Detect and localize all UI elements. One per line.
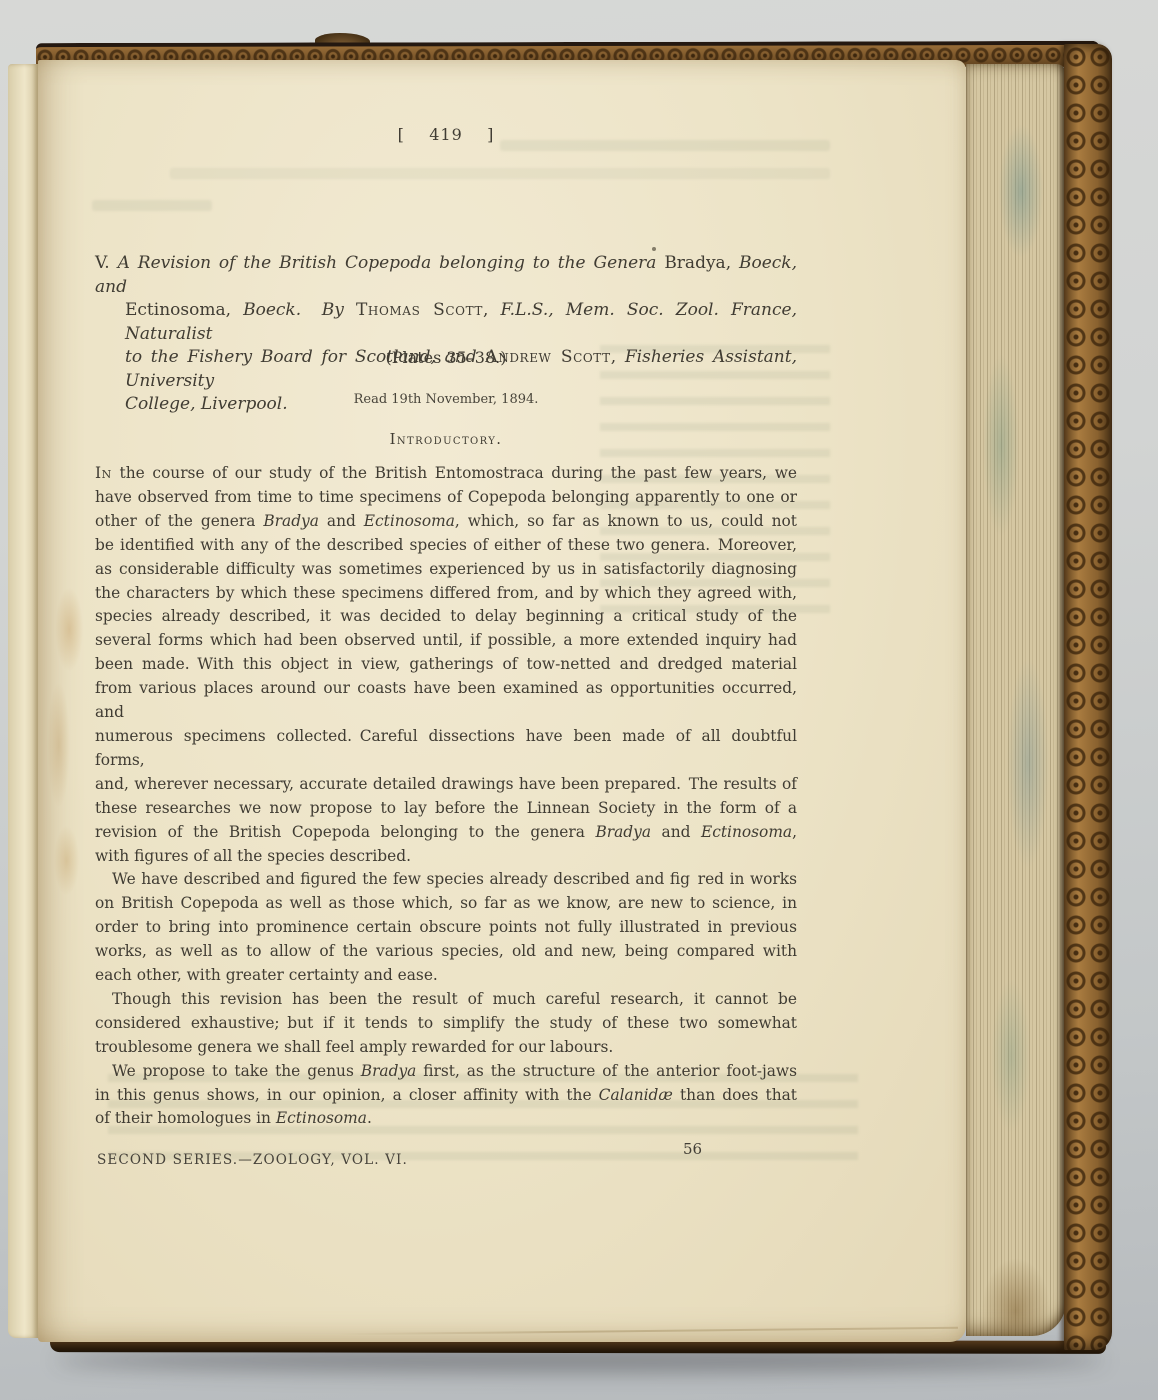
fore-edge-page-stack	[966, 64, 1066, 1336]
body-text: in this genus shows, in our opinion, a c…	[95, 1086, 599, 1104]
body-text: and	[319, 512, 364, 530]
paragraph: We propose to take the genus Bradya firs…	[95, 1060, 797, 1132]
body-text: We propose to take the genus	[112, 1062, 361, 1080]
body-text: ,	[792, 823, 797, 841]
body-text: troublesome genera we shall feel amply r…	[95, 1038, 613, 1056]
body-text: as considerable difficulty was sometimes…	[95, 560, 797, 578]
body-text: numerous specimens collected. Careful di…	[95, 727, 797, 769]
body-text: the characters by which these specimens …	[95, 584, 797, 602]
body-text: , which, so far as known to us, could no…	[455, 512, 797, 530]
body-text: with figures of all the species describe…	[95, 847, 411, 865]
italic-text: A Revision of the British Copepoda belon…	[118, 253, 665, 273]
text-line: considered exhaustive; but if it tends t…	[95, 1012, 797, 1036]
text-line: on British Copepoda as well as those whi…	[95, 892, 797, 916]
body-text: have observed from time to time specimen…	[95, 488, 797, 506]
italic-text: Ectinosoma	[364, 512, 455, 530]
body-text: first, as the structure of the anterior …	[416, 1062, 797, 1080]
body-text: We have described and figured the few sp…	[112, 870, 797, 888]
text-line: other of the genera Bradya and Ectinosom…	[95, 510, 797, 534]
body-text: order to bring into prominence certain o…	[95, 918, 797, 936]
photo-of-open-book: [ 419 ] V. A Revision of the British Cop…	[0, 0, 1158, 1400]
footer-series-label: SECOND SERIES.—ZOOLOGY, VOL. VI.	[97, 1152, 408, 1168]
body-text: ,	[483, 300, 501, 320]
printed-text-column: [ 419 ] V. A Revision of the British Cop…	[95, 60, 797, 1342]
text-line: order to bring into prominence certain o…	[95, 916, 797, 940]
article-body: In the course of our study of the Britis…	[95, 462, 797, 1131]
text-line: in this genus shows, in our opinion, a c…	[95, 1084, 797, 1108]
text-line: species already described, it was decide…	[95, 605, 797, 629]
text-line: as considerable difficulty was sometimes…	[95, 558, 797, 582]
paragraph: Though this revision has been the result…	[95, 988, 797, 1060]
text-line: the characters by which these specimens …	[95, 582, 797, 606]
body-text: been made. With this object in view, gat…	[95, 655, 797, 673]
previous-page-edge	[8, 64, 42, 1338]
text-line: numerous specimens collected. Careful di…	[95, 725, 797, 773]
body-text: several forms which had been observed un…	[95, 631, 797, 649]
body-text: works, as well as to allow of the variou…	[95, 942, 797, 960]
text-line: Though this revision has been the result…	[95, 988, 797, 1012]
body-text: from various places around our coasts ha…	[95, 679, 797, 721]
body-text: of their homologues in	[95, 1109, 276, 1127]
decorated-cover-edge	[1064, 44, 1112, 1350]
plates-note: (Plates 35–38.)	[95, 348, 797, 367]
title-line: V. A Revision of the British Copepoda be…	[95, 252, 797, 299]
body-text: other of the genera	[95, 512, 263, 530]
body-text: on British Copepoda as well as those whi…	[95, 894, 797, 912]
body-text: each other, with greater certainty and e…	[95, 966, 438, 984]
book-page: [ 419 ] V. A Revision of the British Cop…	[38, 60, 966, 1342]
text-line: and, wherever necessary, accurate detail…	[95, 773, 797, 797]
text-line: be identified with any of the described …	[95, 534, 797, 558]
text-line: works, as well as to allow of the variou…	[95, 940, 797, 964]
body-text: be identified with any of the described …	[95, 536, 797, 554]
body-text: Though this revision has been the result…	[112, 990, 797, 1008]
body-text: considered exhaustive; but if it tends t…	[95, 1014, 797, 1032]
text-line: have observed from time to time specimen…	[95, 486, 797, 510]
italic-text: Bradya	[595, 823, 651, 841]
text-line: troublesome genera we shall feel amply r…	[95, 1036, 797, 1060]
italic-text: Bradya	[263, 512, 319, 530]
page-number-header: [ 419 ]	[95, 125, 797, 144]
body-text: than does that	[673, 1086, 797, 1104]
title-line: Ectinosoma, Boeck. By Thomas Scott, F.L.…	[95, 299, 797, 346]
text-line: been made. With this object in view, gat…	[95, 653, 797, 677]
section-heading: Introductory.	[95, 431, 797, 448]
read-date-note: Read 19th November, 1894.	[95, 392, 797, 407]
body-text: these researches we now propose to lay b…	[95, 799, 797, 817]
text-line: revision of the British Copepoda belongi…	[95, 821, 797, 845]
text-line: We propose to take the genus Bradya firs…	[95, 1060, 797, 1084]
page-footer: SECOND SERIES.—ZOOLOGY, VOL. VI. 56	[95, 1146, 797, 1186]
italic-text: Bradya	[361, 1062, 417, 1080]
body-text: Ectinosoma,	[125, 300, 243, 320]
text-line: each other, with greater certainty and e…	[95, 964, 797, 988]
text-line: these researches we now propose to lay b…	[95, 797, 797, 821]
body-text: species already described, it was decide…	[95, 607, 797, 625]
text-line: In the course of our study of the Britis…	[95, 462, 797, 486]
body-text: V.	[95, 253, 118, 273]
italic-text: Ectinosoma	[276, 1109, 367, 1127]
paragraph: We have described and figured the few sp…	[95, 868, 797, 988]
footer-page-number: 56	[683, 1140, 702, 1158]
body-text: the course of our study of the British E…	[112, 464, 797, 482]
italic-text: Boeck. By	[243, 300, 356, 320]
italic-text: Ectinosoma	[701, 823, 792, 841]
text-line: from various places around our coasts ha…	[95, 677, 797, 725]
text-line: several forms which had been observed un…	[95, 629, 797, 653]
smallcaps-text: Thomas Scott	[356, 300, 483, 320]
paragraph: In the course of our study of the Britis…	[95, 462, 797, 868]
text-line: with figures of all the species describe…	[95, 845, 797, 869]
body-text: revision of the British Copepoda belongi…	[95, 823, 595, 841]
smallcaps-text: In	[95, 464, 112, 482]
italic-text: Calanidæ	[599, 1086, 673, 1104]
body-text: and	[651, 823, 701, 841]
body-text: and, wherever necessary, accurate detail…	[95, 775, 797, 793]
body-text: Bradya,	[664, 253, 739, 273]
foxing-stain	[38, 580, 90, 910]
body-text: .	[367, 1109, 372, 1127]
text-line: of their homologues in Ectinosoma.	[95, 1107, 797, 1131]
text-line: We have described and figured the few sp…	[95, 868, 797, 892]
